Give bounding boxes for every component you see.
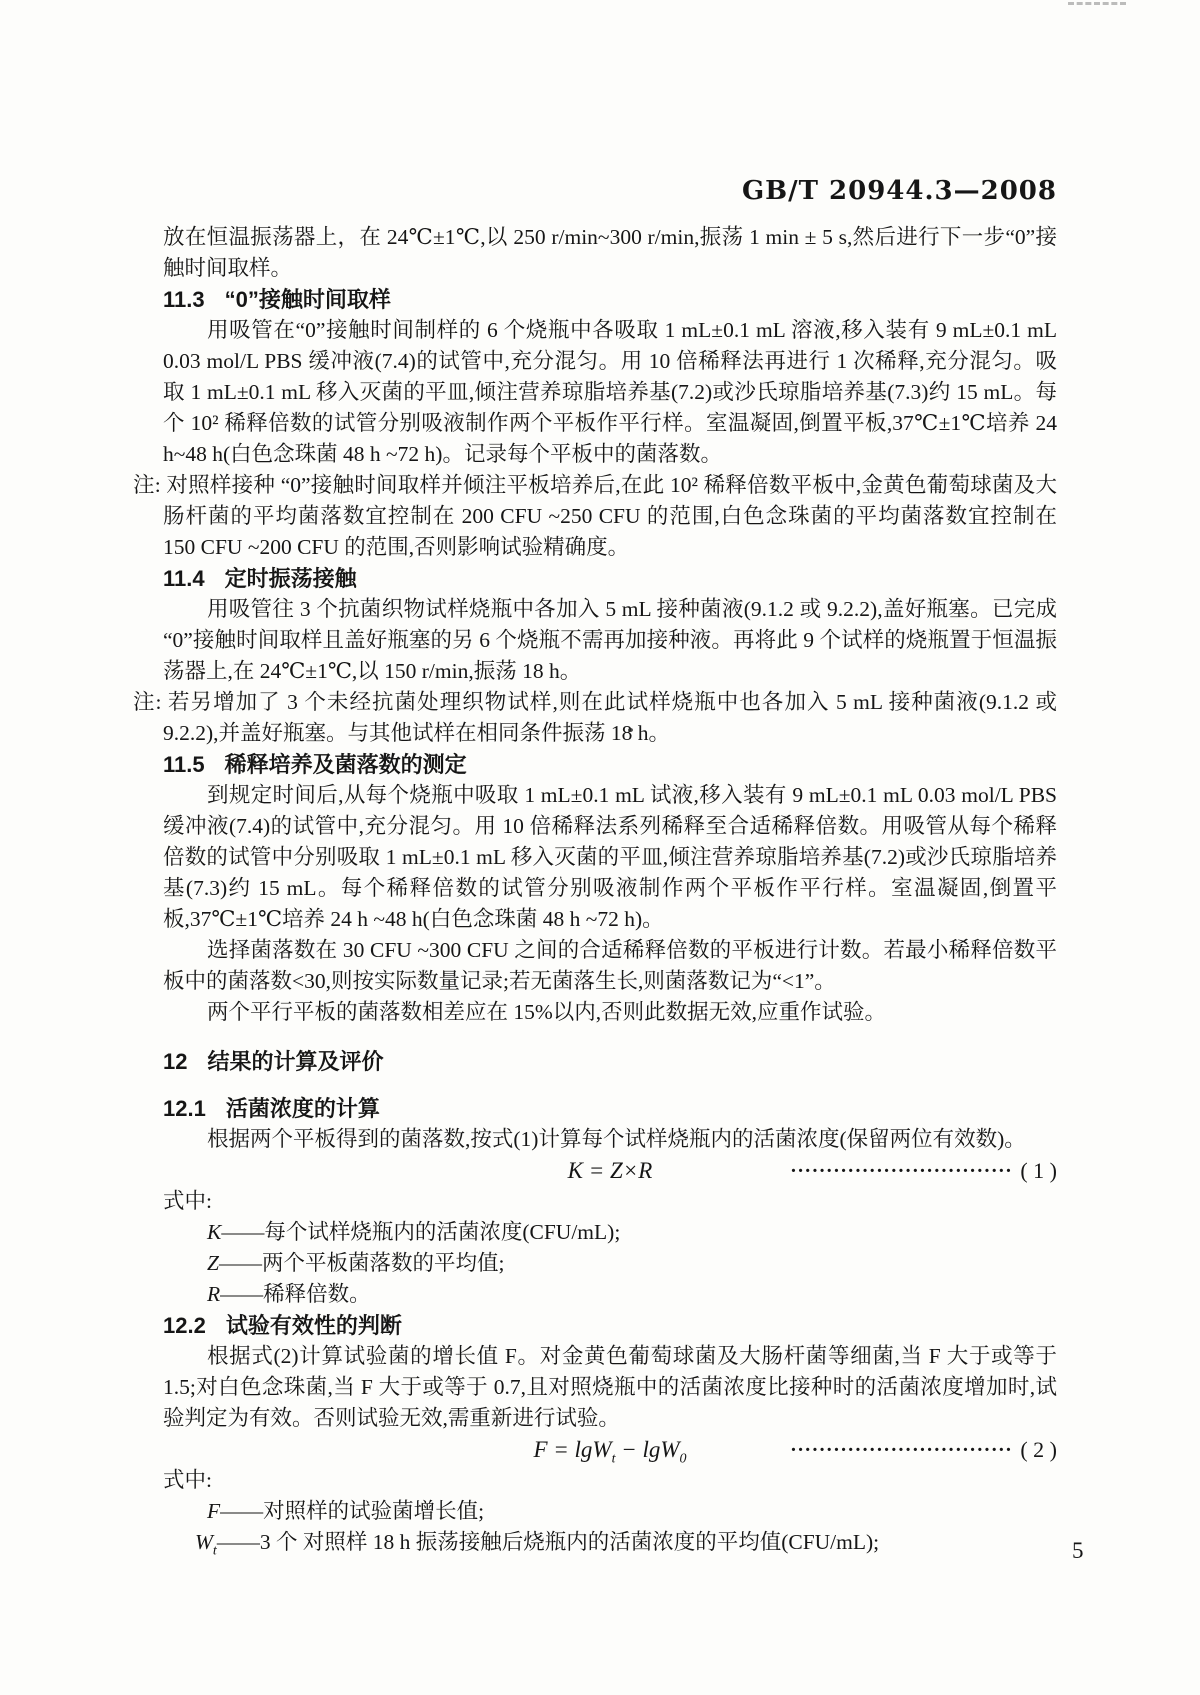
formula-1: K = Z×R ·······························(… [163,1155,1057,1186]
section-title: 活菌浓度的计算 [226,1096,380,1121]
section-heading-11-3: 11.3“0”接触时间取样 [163,284,1057,315]
formula-2: F = lgWt − lgW0 ························… [163,1434,1057,1465]
paragraph-11-5-2: 选择菌落数在 30 CFU ~300 CFU 之间的合适稀释倍数的平板进行计数。… [163,935,1057,997]
section-number: 12 [163,1046,187,1077]
formula-1-number: ( 1 ) [1020,1158,1057,1183]
paragraph-11-5-1: 到规定时间后,从每个烧瓶中吸取 1 mL±0.1 mL 试液,移入装有 9 mL… [163,780,1057,935]
paragraph-continuation: 放在恒温振荡器上，在 24℃±1℃,以 250 r/min~300 r/min,… [163,222,1057,284]
variable-symbol: R [207,1282,220,1306]
formula-2-leader: ·······························( 2 ) [790,1434,1057,1468]
note-11-3: 注: 对照样接种 “0”接触时间取样并倾注平板培养后,在此 10² 稀释倍数平板… [163,470,1057,563]
section-number: 12.1 [163,1093,206,1124]
paragraph-11-4: 用吸管往 3 个抗菌织物试样烧瓶中各加入 5 mL 接种菌液(9.1.2 或 9… [163,594,1057,687]
formula-2-number: ( 2 ) [1020,1437,1057,1462]
definition-Z: Z——两个平板菌落数的平均值; [207,1248,1057,1279]
variable-symbol: Wt [195,1530,217,1554]
section-title: “0”接触时间取样 [225,287,391,312]
variable-symbol: K [207,1220,221,1244]
where-label-1: 式中: [163,1186,1057,1217]
definition-Wt: Wt——3 个 对照样 18 h 振荡接触后烧瓶内的活菌浓度的平均值(CFU/m… [195,1527,1057,1558]
paragraph-11-5-3: 两个平行平板的菌落数相差应在 15%以内,否则此数据无效,应重作试验。 [163,997,1057,1028]
document-body: 放在恒温振荡器上，在 24℃±1℃,以 250 r/min~300 r/min,… [163,222,1057,1558]
definition-text: ——对照样的试验菌增长值; [220,1499,484,1523]
section-number: 11.3 [163,284,205,315]
scan-artifact-dashes [1068,2,1126,5]
definition-text: ——每个试样烧瓶内的活菌浓度(CFU/mL); [221,1220,620,1244]
paragraph-12-2: 根据式(2)计算试验菌的增长值 F。对金黄色葡萄球菌及大肠杆菌等细菌,当 F 大… [163,1341,1057,1434]
formula-1-leader: ·······························( 1 ) [790,1155,1057,1189]
where-label-2: 式中: [163,1465,1057,1496]
standard-number-header: GB/T 20944.3—2008 [0,176,1057,206]
section-title: 定时振荡接触 [225,566,357,591]
section-title: 结果的计算及评价 [207,1049,383,1074]
variable-symbol: F [207,1499,220,1523]
paragraph-12-1: 根据两个平板得到的菌落数,按式(1)计算每个试样烧瓶内的活菌浓度(保留两位有效数… [163,1124,1057,1155]
definition-text: ——两个平板菌落数的平均值; [219,1251,504,1275]
definition-text: ——3 个 对照样 18 h 振荡接触后烧瓶内的活菌浓度的平均值(CFU/mL)… [217,1530,879,1554]
page-number: 5 [1072,1538,1084,1564]
section-heading-12-2: 12.2试验有效性的判断 [163,1310,1057,1341]
leader-dots: ······························· [790,1439,1012,1461]
definition-K: K——每个试样烧瓶内的活菌浓度(CFU/mL); [207,1217,1057,1248]
note-11-4: 注: 若另增加了 3 个未经抗菌处理织物试样,则在此试样烧瓶中也各加入 5 mL… [163,687,1057,749]
document-page: GB/T 20944.3—2008 放在恒温振荡器上，在 24℃±1℃,以 25… [0,0,1200,1695]
leader-dots: ······························· [790,1160,1012,1182]
definition-text: ——稀释倍数。 [220,1282,371,1306]
section-heading-11-4: 11.4定时振荡接触 [163,563,1057,594]
section-number: 11.4 [163,563,205,594]
scan-stray-mark [628,728,633,732]
section-heading-11-5: 11.5稀释培养及菌落数的测定 [163,749,1057,780]
variable-symbol: Z [207,1251,219,1275]
section-number: 11.5 [163,749,205,780]
section-title: 试验有效性的判断 [226,1313,402,1338]
definition-R: R——稀释倍数。 [207,1279,1057,1310]
section-number: 12.2 [163,1310,206,1341]
section-title: 稀释培养及菌落数的测定 [225,752,467,777]
paragraph-11-3: 用吸管在“0”接触时间制样的 6 个烧瓶中各吸取 1 mL±0.1 mL 溶液,… [163,315,1057,470]
section-heading-12-1: 12.1活菌浓度的计算 [163,1093,1057,1124]
definition-F: F——对照样的试验菌增长值; [207,1496,1057,1527]
chapter-heading-12: 12结果的计算及评价 [163,1046,1057,1077]
